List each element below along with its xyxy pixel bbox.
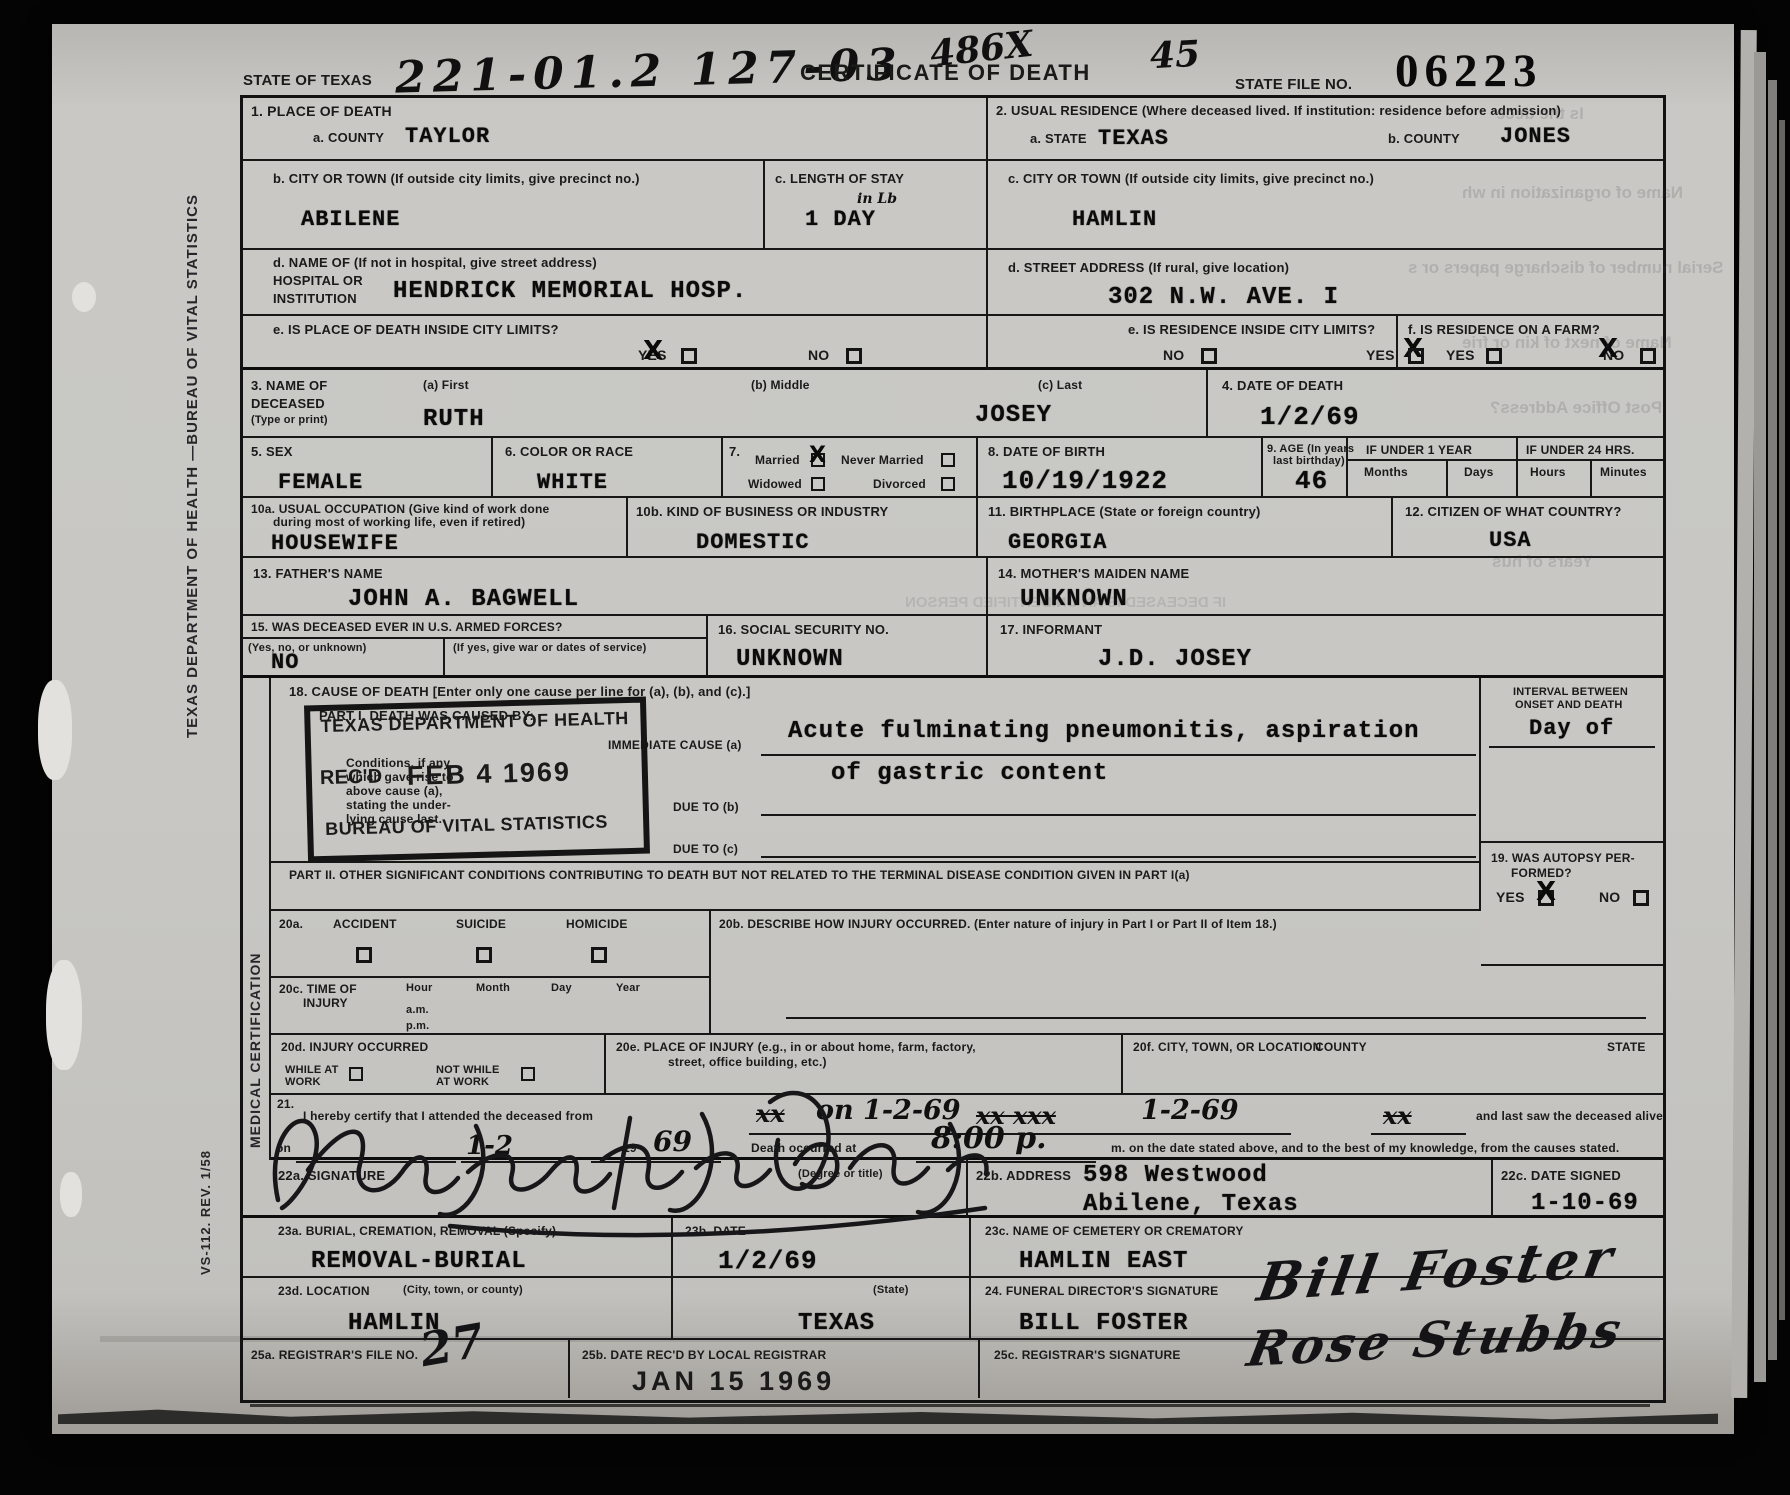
hour-label: Hour: [406, 982, 432, 994]
hours-minutes-divider: [1590, 459, 1592, 496]
certificate-title: CERTIFICATE OF DEATH: [800, 60, 1091, 86]
forces-label: 15. WAS DECEASED EVER IN U.S. ARMED FORC…: [251, 620, 563, 634]
field-physician-address: 22b. ADDRESS 598 Westwood Abilene, Texas: [968, 1160, 1493, 1218]
accident-label: ACCIDENT: [333, 917, 397, 931]
last-name-label: (c) Last: [1038, 378, 1082, 392]
left-margin-agency-text: TEXAS DEPARTMENT OF HEALTH —BUREAU OF VI…: [184, 198, 201, 738]
pm-label: p.m.: [406, 1020, 429, 1032]
cause-a-line2: of gastric content: [831, 760, 1108, 787]
field-citizen: 12. CITIZEN OF WHAT COUNTRY? USA: [1393, 498, 1663, 558]
first-name-label: (a) First: [423, 378, 469, 392]
cause-a-line1: Acute fulminating pneumonitis, aspiratio…: [788, 718, 1420, 745]
marital-label: 7.: [729, 444, 740, 459]
birthplace-label: 11. BIRTHPLACE (State or foreign country…: [988, 504, 1261, 519]
registrar-signature-label: 25c. REGISTRAR'S SIGNATURE: [994, 1348, 1181, 1362]
injury-20d-label: 20d. INJURY OCCURRED: [281, 1040, 428, 1054]
injury-20e-label-1: 20e. PLACE OF INJURY (e.g., in or about …: [616, 1040, 976, 1054]
registrar-file-label: 25a. REGISTRAR'S FILE NO.: [251, 1348, 418, 1362]
pod-county-value: TAYLOR: [405, 124, 490, 149]
stamp-recd: REC'D: [320, 765, 383, 790]
injury-county-label: COUNTY: [1315, 1040, 1367, 1054]
crease-smudge: [100, 1336, 1660, 1342]
am-label: a.m.: [406, 1004, 429, 1016]
location-label: 23d. LOCATION: [278, 1284, 370, 1298]
father-value: JOHN A. BAGWELL: [348, 586, 579, 613]
street-label: d. STREET ADDRESS (If rural, give locati…: [1008, 260, 1289, 275]
res-state-value: TEXAS: [1098, 126, 1169, 151]
field-burial-state: (State) TEXAS: [673, 1278, 971, 1340]
field-birthplace: 11. BIRTHPLACE (State or foreign country…: [978, 498, 1393, 558]
form-number-text: VS-112. REV. 1/58: [198, 1095, 213, 1275]
days-label: Days: [1464, 465, 1494, 479]
mother-label: 14. MOTHER'S MAIDEN NAME: [998, 566, 1189, 581]
hours-label: Hours: [1530, 465, 1566, 479]
stamp-bureau: BUREAU OF VITAL STATISTICS: [325, 812, 608, 840]
res-limits-label: e. IS RESIDENCE INSIDE CITY LIMITS?: [1128, 322, 1375, 337]
bleed-through-text: Is the dece: [1496, 104, 1584, 124]
hospital-label-2: HOSPITAL OR: [273, 273, 363, 288]
field-name-of-deceased: 3. NAME OF DECEASED (Type or print) (a) …: [243, 370, 1208, 438]
occupation-label-1: 10a. USUAL OCCUPATION (Give kind of work…: [251, 502, 549, 516]
field-age: 9. AGE (In years last birthday) 46: [1263, 438, 1348, 498]
registrar-file-no-handwritten: 27: [416, 1313, 488, 1377]
field-date-received: 25b. DATE REC'D BY LOCAL REGISTRAR JAN 1…: [570, 1340, 980, 1398]
suicide-checkbox: [476, 947, 492, 963]
autopsy-yes-mark: X: [1536, 879, 1556, 905]
hospital-value: HENDRICK MEMORIAL HOSP.: [393, 278, 747, 305]
pod-city-label: b. CITY OR TOWN (If outside city limits,…: [273, 171, 640, 186]
cert-hw-xx3: xx: [1383, 1101, 1412, 1130]
due-b-underline: [761, 814, 1476, 816]
scan-blob: [46, 960, 82, 1070]
ssn-label: 16. SOCIAL SECURITY NO.: [718, 622, 889, 637]
minutes-label: Minutes: [1600, 465, 1647, 479]
hole-punch: [72, 282, 96, 312]
industry-label: 10b. KIND OF BUSINESS OR INDUSTRY: [636, 504, 888, 519]
ssn-value: UNKNOWN: [736, 646, 844, 673]
scan-blob: [60, 1172, 82, 1217]
page-stack-edge: [1731, 30, 1757, 1398]
forces-sub1: (Yes, no, or unknown): [248, 642, 366, 654]
never-married-label: Never Married: [841, 453, 924, 467]
physician-signature: [250, 1078, 1010, 1253]
death-limits-label: e. IS PLACE OF DEATH INSIDE CITY LIMITS?: [273, 322, 559, 337]
state-file-no-label: STATE FILE NO.: [1235, 76, 1352, 93]
cemetery-value: HAMLIN EAST: [1019, 1248, 1188, 1275]
page-stack-edge: [1754, 52, 1766, 1382]
field-cause-of-death: 18. CAUSE OF DEATH [Enter only one cause…: [271, 678, 1481, 863]
autopsy-yes: YES: [1496, 889, 1525, 905]
field-interval: INTERVAL BETWEEN ONSET AND DEATH Day of: [1481, 678, 1663, 843]
stay-note-handwritten: in Lb: [857, 191, 897, 207]
father-label: 13. FATHER'S NAME: [253, 566, 383, 581]
field-ssn: 16. SOCIAL SECURITY NO. UNKNOWN: [708, 616, 988, 678]
widowed-checkbox: [811, 477, 825, 491]
location-sub-label: (City, town, or county): [403, 1284, 523, 1296]
res-limits-no-checkbox: [1201, 348, 1217, 364]
bleed-through-text: Post Office Address?: [1490, 398, 1662, 418]
autopsy-label-1: 19. WAS AUTOPSY PER-: [1491, 851, 1635, 865]
injury-20b-line: [786, 1017, 1646, 1019]
date-received-stamp: JAN 15 1969: [632, 1366, 835, 1397]
state-file-no-value: 06223: [1395, 44, 1543, 98]
field-registrar-file-no: 25a. REGISTRAR'S FILE NO.: [243, 1340, 570, 1398]
part2-label: PART II. OTHER SIGNIFICANT CONDITIONS CO…: [289, 868, 1190, 882]
res-limits-no: NO: [1163, 347, 1184, 363]
handwritten-number-45: 45: [1149, 33, 1201, 78]
never-married-checkbox: [941, 453, 955, 467]
scan-blob: [38, 680, 72, 780]
last-name-value: JOSEY: [975, 402, 1052, 429]
address-line-1: 598 Westwood: [1083, 1162, 1268, 1189]
cause-label: 18. CAUSE OF DEATH [Enter only one cause…: [289, 684, 750, 699]
injury-20c-label-2: INJURY: [303, 996, 348, 1010]
month-label: Month: [476, 982, 510, 994]
field-sex: 5. SEX FEMALE: [243, 438, 493, 498]
date-signed-label: 22c. DATE SIGNED: [1501, 1168, 1621, 1183]
res-state-label: a. STATE: [1030, 131, 1087, 146]
field-date-signed: 22c. DATE SIGNED 1-10-69: [1493, 1160, 1663, 1218]
field-length-of-stay: c. LENGTH OF STAY in Lb 1 DAY: [765, 161, 988, 250]
forces-sub2: (If yes, give war or dates of service): [453, 642, 646, 654]
bleed-through-text: Years of hus: [1492, 552, 1593, 572]
cause-a-underline: [761, 754, 1476, 756]
sex-value: FEMALE: [278, 470, 363, 495]
injury-state-label: STATE: [1607, 1040, 1646, 1054]
homicide-label: HOMICIDE: [566, 917, 628, 931]
field-accident-suicide-homicide: 20a. ACCIDENT SUICIDE HOMICIDE: [271, 911, 711, 978]
res-city-value: HAMLIN: [1072, 207, 1157, 232]
day-label: Day: [551, 982, 572, 994]
stamp-agency: TEXAS DEPARTMENT OF HEALTH: [320, 708, 629, 737]
field-marital-status: 7. Married X Never Married Widowed Divor…: [723, 438, 978, 498]
age-label-1: 9. AGE (In years: [1267, 443, 1354, 455]
injury-20b-label: 20b. DESCRIBE HOW INJURY OCCURRED. (Ente…: [719, 917, 1277, 931]
cert-line-3: [1371, 1133, 1466, 1135]
accident-checkbox: [356, 947, 372, 963]
res-limits-yes: YES: [1366, 347, 1395, 363]
race-label: 6. COLOR OR RACE: [505, 444, 633, 459]
dob-value: 10/19/1922: [1002, 466, 1168, 496]
field-if-under-1-year: IF UNDER 1 YEAR Months Days: [1348, 438, 1518, 498]
industry-value: DOMESTIC: [696, 530, 810, 555]
middle-name-label: (b) Middle: [751, 378, 810, 392]
pod-county-label: a. COUNTY: [313, 130, 384, 145]
divorced-checkbox: [941, 477, 955, 491]
suicide-label: SUICIDE: [456, 917, 506, 931]
address-line-2: Abilene, Texas: [1083, 1191, 1299, 1218]
field-death-city-limits: e. IS PLACE OF DEATH INSIDE CITY LIMITS?…: [243, 316, 988, 370]
forces-subdivider: [443, 637, 445, 676]
deceased-label-2: DECEASED: [251, 396, 325, 411]
field-industry: 10b. KIND OF BUSINESS OR INDUSTRY DOMEST…: [628, 498, 978, 558]
res-county-value: JONES: [1500, 124, 1571, 149]
death-limits-no-checkbox: [846, 348, 862, 364]
interval-value: Day of: [1529, 716, 1614, 741]
homicide-checkbox: [591, 947, 607, 963]
forces-answer: NO: [271, 650, 299, 675]
state-of-texas-label: STATE OF TEXAS: [243, 72, 372, 89]
cert-hw-date2: 1-2-69: [1141, 1095, 1239, 1126]
place-of-death-label: 1. PLACE OF DEATH: [251, 103, 392, 119]
field-city-of-death: b. CITY OR TOWN (If outside city limits,…: [243, 161, 765, 250]
pod-city-value: ABILENE: [301, 207, 400, 232]
under-1-year-label: IF UNDER 1 YEAR: [1366, 443, 1472, 457]
birthplace-value: GEORGIA: [1008, 530, 1107, 555]
field-color-or-race: 6. COLOR OR RACE WHITE: [493, 438, 723, 498]
date-received-label: 25b. DATE REC'D BY LOCAL REGISTRAR: [582, 1348, 826, 1362]
due-to-c-label: DUE TO (c): [673, 842, 738, 856]
under-1-divider: [1348, 459, 1516, 461]
deceased-label-1: 3. NAME OF: [251, 378, 327, 393]
date-of-death-label: 4. DATE OF DEATH: [1222, 378, 1343, 393]
residence-label: 2. USUAL RESIDENCE (Where deceased lived…: [996, 103, 1561, 118]
married-mark: X: [809, 445, 826, 467]
field-hospital: d. NAME OF (If not in hospital, give str…: [243, 250, 988, 316]
informant-label: 17. INFORMANT: [1000, 622, 1102, 637]
injury-20e-label-2: street, office building, etc.): [668, 1055, 827, 1069]
page-stack-edge: [1779, 120, 1785, 1320]
received-stamp: TEXAS DEPARTMENT OF HEALTH REC'D FEB 4 1…: [304, 697, 650, 863]
field-if-under-24-hrs: IF UNDER 24 HRS. Hours Minutes: [1518, 438, 1663, 498]
death-limits-yes-mark: X: [643, 338, 663, 364]
field-injury-location: 20f. CITY, TOWN, OR LOCATION COUNTY STAT…: [1123, 1035, 1663, 1095]
age-value: 46: [1295, 466, 1328, 496]
death-limits-yes-checkbox: [681, 348, 697, 364]
occupation-label-2: during most of working life, even if ret…: [273, 515, 525, 529]
form-bottom-line: [250, 1404, 1650, 1407]
cemetery-label: 23c. NAME OF CEMETERY OR CREMATORY: [985, 1224, 1244, 1238]
bleed-through-text: Name of organization in wh: [1462, 183, 1683, 203]
field-occupation: 10a. USUAL OCCUPATION (Give kind of work…: [243, 498, 628, 558]
forces-divider: [243, 637, 706, 639]
res-county-label: b. COUNTY: [1388, 131, 1460, 146]
scanned-death-certificate: TEXAS DEPARTMENT OF HEALTH —BUREAU OF VI…: [0, 0, 1790, 1495]
cert-text-2: and last saw the deceased alive: [1476, 1109, 1663, 1123]
first-name-value: RUTH: [423, 406, 485, 433]
married-label: Married: [755, 453, 800, 467]
injury-20a-label: 20a.: [279, 917, 303, 931]
date-of-death-value: 1/2/69: [1260, 402, 1360, 432]
widowed-label: Widowed: [748, 477, 802, 491]
while-at-label: WHILE AT: [285, 1064, 339, 1076]
interval-underline: [1489, 746, 1655, 748]
due-to-b-label: DUE TO (b): [673, 800, 739, 814]
occupation-value: HOUSEWIFE: [271, 531, 399, 556]
autopsy-no: NO: [1599, 889, 1620, 905]
interval-label-2: ONSET AND DEATH: [1515, 699, 1623, 711]
race-value: WHITE: [537, 470, 608, 495]
field-how-injury-occurred: 20b. DESCRIBE HOW INJURY OCCURRED. (Ente…: [711, 911, 1663, 1035]
field-informant: 17. INFORMANT J.D. JOSEY: [988, 616, 1663, 678]
field-father-name: 13. FATHER'S NAME JOHN A. BAGWELL: [243, 558, 988, 616]
hospital-label-3: INSTITUTION: [273, 291, 357, 306]
field-residence-city-limits: e. IS RESIDENCE INSIDE CITY LIMITS? YES …: [988, 316, 1398, 370]
res-city-label: c. CITY OR TOWN (If outside city limits,…: [1008, 171, 1374, 186]
field-time-of-injury: 20c. TIME OF INJURY Hour Month Day Year …: [271, 978, 711, 1035]
months-days-divider: [1446, 459, 1448, 496]
year-label: Year: [616, 982, 640, 994]
death-limits-no: NO: [808, 347, 829, 363]
field-date-of-birth: 8. DATE OF BIRTH 10/19/1922: [978, 438, 1263, 498]
under-24-label: IF UNDER 24 HRS.: [1526, 443, 1635, 457]
field-place-of-death: 1. PLACE OF DEATH a. COUNTY TAYLOR: [243, 98, 988, 161]
citizen-label: 12. CITIZEN OF WHAT COUNTRY?: [1405, 504, 1621, 519]
funeral-director-label: 24. FUNERAL DIRECTOR'S SIGNATURE: [985, 1284, 1218, 1298]
stay-value: 1 DAY: [805, 207, 876, 232]
injury-20c-label-1: 20c. TIME OF: [279, 982, 357, 996]
informant-value: J.D. JOSEY: [1098, 646, 1252, 673]
due-c-underline: [761, 856, 1476, 858]
months-label: Months: [1364, 465, 1408, 479]
bleed-through-text: Serial number of discharge papers or s: [1408, 258, 1724, 278]
stamp-date: FEB 4 1969: [406, 757, 571, 792]
state-sub-label: (State): [873, 1284, 909, 1296]
field-part2: PART II. OTHER SIGNIFICANT CONDITIONS CO…: [271, 863, 1481, 911]
hospital-label-1: d. NAME OF (If not in hospital, give str…: [273, 255, 597, 270]
sex-label: 5. SEX: [251, 444, 293, 459]
dob-label: 8. DATE OF BIRTH: [988, 444, 1105, 459]
stay-label: c. LENGTH OF STAY: [775, 171, 904, 186]
funeral-director-typed: BILL FOSTER: [1019, 1310, 1188, 1337]
not-while-label: NOT WHILE: [436, 1064, 500, 1076]
deceased-label-3: (Type or print): [251, 414, 328, 426]
field-armed-forces: 15. WAS DECEASED EVER IN U.S. ARMED FORC…: [243, 616, 708, 678]
interval-label-1: INTERVAL BETWEEN: [1513, 686, 1628, 698]
bleed-through-text: IF DECEASED IS AN UNIDENTIFIED PERSON: [905, 594, 1226, 611]
street-value: 302 N.W. AVE. I: [1108, 284, 1339, 311]
autopsy-no-checkbox: [1633, 890, 1649, 906]
injury-20f-label: 20f. CITY, TOWN, OR LOCATION: [1133, 1040, 1322, 1054]
citizen-value: USA: [1489, 528, 1532, 553]
divorced-label: Divorced: [873, 477, 926, 491]
bleed-through-text: Name of next of kin or frie: [1462, 333, 1672, 353]
field-residence-city: c. CITY OR TOWN (If outside city limits,…: [988, 161, 1663, 250]
date-signed-value: 1-10-69: [1531, 1190, 1639, 1217]
state-value: TEXAS: [798, 1310, 875, 1337]
cert-text-5: m. on the date stated above, and to the …: [1111, 1141, 1619, 1155]
page-stack-edge: [1768, 80, 1777, 1360]
